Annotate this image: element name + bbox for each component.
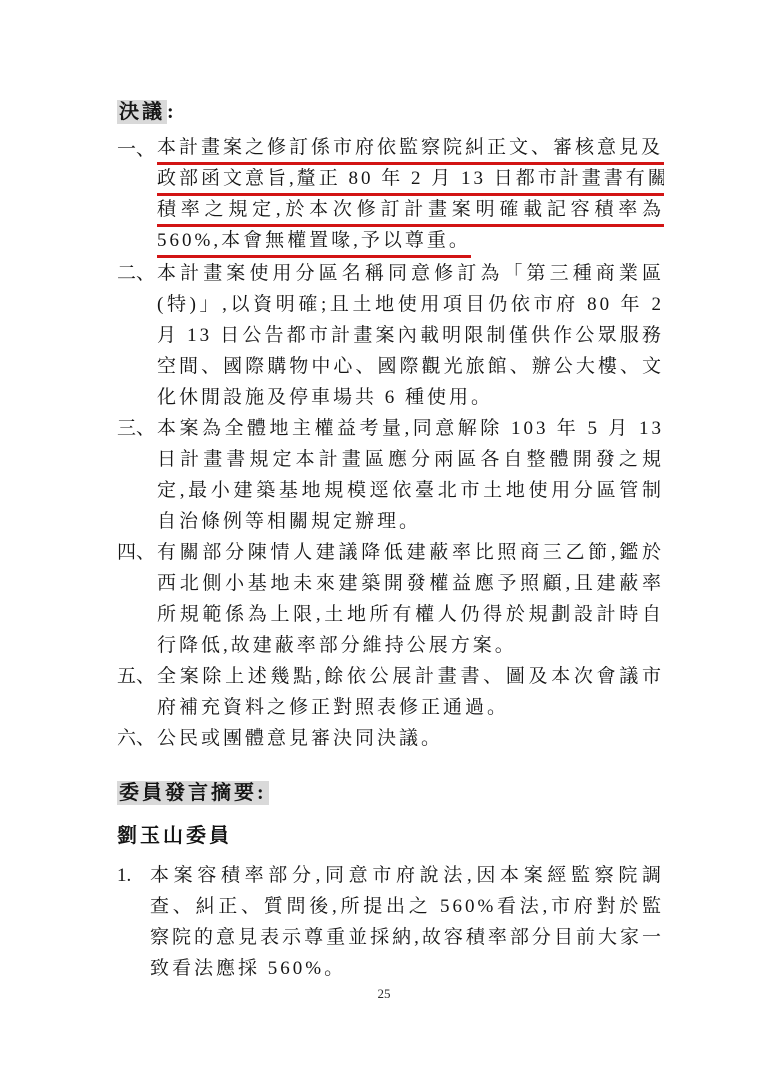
summary-heading: 委員發言摘要: xyxy=(117,778,664,809)
item-number-label: 1. xyxy=(117,860,150,891)
item-number-label: 四、 xyxy=(117,537,157,568)
resolution-item-1: 一、 本計畫案之修訂係市府依監察院糾正文、審核意見及內 政部函文意旨,釐正 80… xyxy=(117,134,664,258)
underlined-line: 本計畫案之修訂係市府依監察院糾正文、審核意見及內 xyxy=(157,134,664,165)
item-number-label: 二、 xyxy=(117,258,157,289)
resolution-item-2: 二、 本計畫案使用分區名稱同意修訂為「第三種商業區(特)」,以資明確;且土地使用… xyxy=(117,258,664,413)
item-text: 全案除上述幾點,餘依公展計畫書、圖及本次會議市府補充資料之修正對照表修正通過。 xyxy=(157,661,664,723)
item-number-label: 一、 xyxy=(117,134,157,165)
document-content: 決議: 一、 本計畫案之修訂係市府依監察院糾正文、審核意見及內 政部函文意旨,釐… xyxy=(117,97,664,984)
speaker-name: 劉玉山委員 xyxy=(117,821,664,852)
item-number-label: 五、 xyxy=(117,661,157,692)
item-text: 本案容積率部分,同意市府說法,因本案經監察院調查、糾正、質問後,所提出之 560… xyxy=(150,860,664,984)
item-text: 公民或團體意見審決同決議。 xyxy=(157,723,664,754)
resolution-item-3: 三、 本案為全體地主權益考量,同意解除 103 年 5 月 13 日計畫書規定本… xyxy=(117,413,664,537)
resolution-heading-colon: : xyxy=(167,101,177,123)
item-number-label: 六、 xyxy=(117,723,157,754)
item-text: 有關部分陳情人建議降低建蔽率比照商三乙節,鑑於西北側小基地未來建築開發權益應予照… xyxy=(157,537,664,661)
item-text: 本案為全體地主權益考量,同意解除 103 年 5 月 13 日計畫書規定本計畫區… xyxy=(157,413,664,537)
item-text: 本計畫案之修訂係市府依監察院糾正文、審核意見及內 政部函文意旨,釐正 80 年 … xyxy=(157,134,664,258)
resolution-heading-text: 決議 xyxy=(117,100,167,124)
summary-item-1: 1. 本案容積率部分,同意市府說法,因本案經監察院調查、糾正、質問後,所提出之 … xyxy=(117,860,664,984)
underlined-line: 政部函文意旨,釐正 80 年 2 月 13 日都市計畫書有關容 xyxy=(157,165,664,196)
resolution-item-4: 四、 有關部分陳情人建議降低建蔽率比照商三乙節,鑑於西北側小基地未來建築開發權益… xyxy=(117,537,664,661)
resolution-heading: 決議: xyxy=(117,97,664,128)
summary-heading-text: 委員發言摘要: xyxy=(117,781,269,805)
page-number: 25 xyxy=(0,986,768,1002)
resolution-item-5: 五、 全案除上述幾點,餘依公展計畫書、圖及本次會議市府補充資料之修正對照表修正通… xyxy=(117,661,664,723)
item-text: 本計畫案使用分區名稱同意修訂為「第三種商業區(特)」,以資明確;且土地使用項目仍… xyxy=(157,258,664,413)
underlined-line: 積率之規定,於本次修訂計畫案明確載記容積率為 xyxy=(157,196,664,227)
underlined-line: 560%,本會無權置喙,予以尊重。 xyxy=(157,227,471,258)
document-page: 決議: 一、 本計畫案之修訂係市府依監察院糾正文、審核意見及內 政部函文意旨,釐… xyxy=(0,0,768,1085)
item-number-label: 三、 xyxy=(117,413,157,444)
resolution-item-6: 六、 公民或團體意見審決同決議。 xyxy=(117,723,664,754)
